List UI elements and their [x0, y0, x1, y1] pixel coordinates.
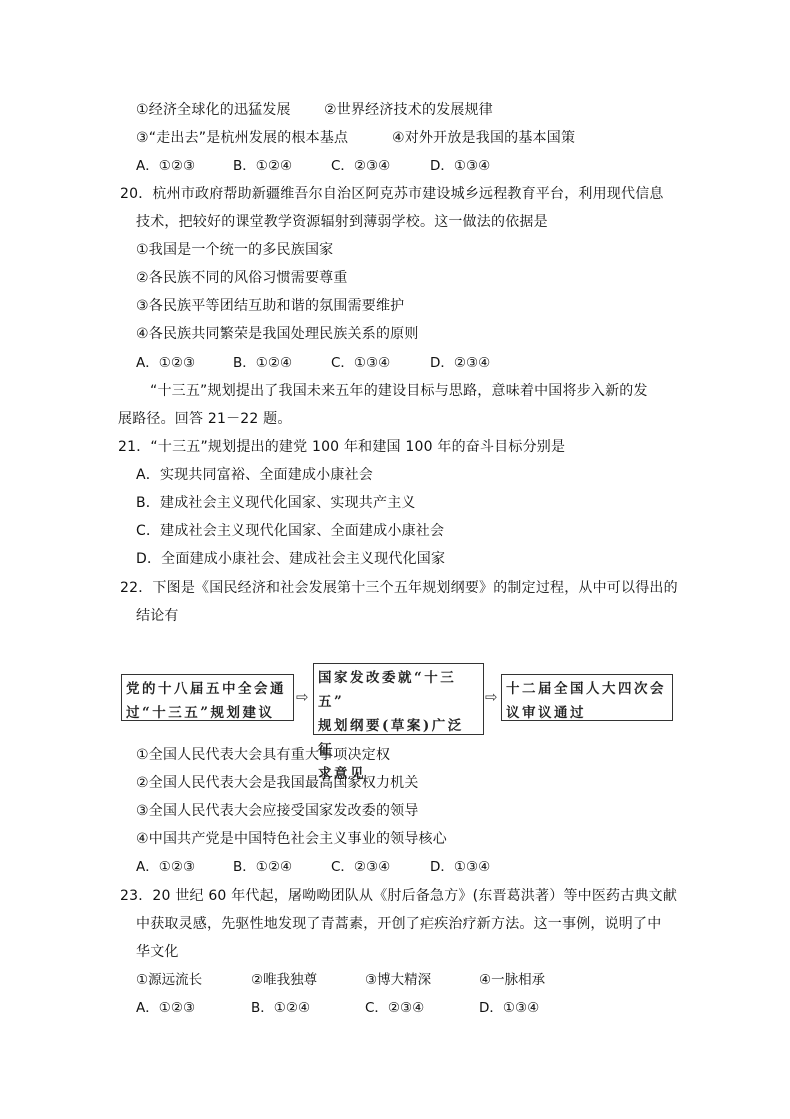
intro-21-22-line-1: “十三五”规划提出了我国未来五年的建设目标与思路，意味着中国将步入新的发 [150, 382, 648, 400]
q22-stem-line-1: 22．下图是《国民经济和社会发展第十三个五年规划纲要》的制定过程，从中可以得出的 [120, 579, 678, 597]
q19-option-c: C．②③④ [331, 157, 390, 175]
flow-box-2-line-1: 国家发改委就“十三五” [318, 666, 479, 714]
q23-option-d: D．①③④ [479, 999, 539, 1017]
q23-stem-line-1: 23．20 世纪 60 年代起，屠呦呦团队从《肘后备急方》(东晋葛洪著）等中医药… [120, 887, 677, 905]
q20-stem-line-1: 20．杭州市政府帮助新疆维吾尔自治区阿克苏市建设城乡远程教育平台，利用现代信息 [120, 185, 664, 203]
q20-statement-1: ①我国是一个统一的多民族国家 [136, 241, 333, 259]
q20-statement-4: ④各民族共同繁荣是我国处理民族关系的原则 [136, 325, 419, 343]
q22-option-d: D．①③④ [430, 858, 490, 876]
q21-option-c: C．建成社会主义现代化国家、全面建成小康社会 [136, 522, 444, 540]
q23-option-a: A．①②③ [136, 999, 195, 1017]
flow-box-3: 十二届全国人大四次会 议审议通过 [501, 674, 673, 721]
q21-option-d: D．全面建成小康社会、建成社会主义现代化国家 [136, 550, 445, 568]
flow-box-1: 党的十八届五中全会通 过“十三五”规划建议 [121, 674, 294, 721]
q23-stem-line-2: 中获取灵感，先驱性地发现了青蒿素，开创了疟疾治疗新方法。这一事例，说明了中 [136, 915, 661, 933]
q22-statement-1: ①全国人民代表大会具有重大事项决定权 [136, 746, 390, 764]
q20-option-b: B．①②④ [233, 354, 292, 372]
q20-option-a: A．①②③ [136, 354, 195, 372]
q20-option-c: C．①③④ [331, 354, 390, 372]
q22-option-b: B．①②④ [233, 858, 292, 876]
q23-option-b: B．①②④ [251, 999, 310, 1017]
q20-option-d: D．②③④ [430, 354, 490, 372]
q21-stem: 21．“十三五”规划提出的建党 100 年和建国 100 年的奋斗目标分别是 [118, 438, 565, 456]
q19-option-d: D．①③④ [430, 157, 490, 175]
q19-statement-2: ②世界经济技术的发展规律 [324, 101, 493, 119]
q23-statement-3: ③博大精深 [365, 971, 431, 989]
q20-statement-3: ③各民族平等团结互助和谐的氛围需要维护 [136, 297, 404, 315]
q19-statement-3: ③“走出去”是杭州发展的根本基点 [136, 129, 348, 147]
q22-statement-3: ③全国人民代表大会应接受国家发改委的领导 [136, 802, 419, 820]
q22-statement-2: ②全国人民代表大会是我国最高国家权力机关 [136, 774, 419, 792]
flow-box-2: 国家发改委就“十三五” 规划纲要(草案)广泛征 求意见 [313, 663, 484, 735]
q20-stem-line-2: 技术，把较好的课堂教学资源辐射到薄弱学校。这一做法的依据是 [136, 213, 548, 231]
q19-option-b: B．①②④ [233, 157, 292, 175]
q22-stem-line-2: 结论有 [136, 607, 179, 625]
q22-option-c: C．②③④ [331, 858, 390, 876]
q19-statement-4: ④对外开放是我国的基本国策 [392, 129, 575, 147]
flow-box-1-line-1: 党的十八届五中全会通 [126, 677, 289, 701]
q19-statement-1: ①经济全球化的迅猛发展 [136, 101, 291, 119]
flow-box-1-line-2: 过“十三五”规划建议 [126, 701, 289, 725]
q23-statement-1: ①源远流长 [136, 971, 202, 989]
q21-option-a: A．实现共同富裕、全面建成小康社会 [136, 466, 373, 484]
q22-option-a: A．①②③ [136, 858, 195, 876]
q23-stem-line-3: 华文化 [136, 943, 179, 961]
q23-statement-4: ④一脉相承 [479, 971, 545, 989]
flow-arrow-icon: ⇨ [485, 688, 498, 706]
flow-arrow-icon: ⇨ [296, 688, 309, 706]
q22-statement-4: ④中国共产党是中国特色社会主义事业的领导核心 [136, 830, 447, 848]
intro-21-22-line-2: 展路径。回答 21－22 题。 [118, 410, 292, 428]
flow-box-3-line-2: 议审议通过 [506, 701, 668, 725]
q23-option-c: C．②③④ [365, 999, 424, 1017]
q19-option-a: A．①②③ [136, 157, 195, 175]
flow-box-3-line-1: 十二届全国人大四次会 [506, 677, 668, 701]
q20-statement-2: ②各民族不同的风俗习惯需要尊重 [136, 269, 348, 287]
q21-option-b: B．建成社会主义现代化国家、实现共产主义 [136, 494, 416, 512]
q23-statement-2: ②唯我独尊 [251, 971, 317, 989]
